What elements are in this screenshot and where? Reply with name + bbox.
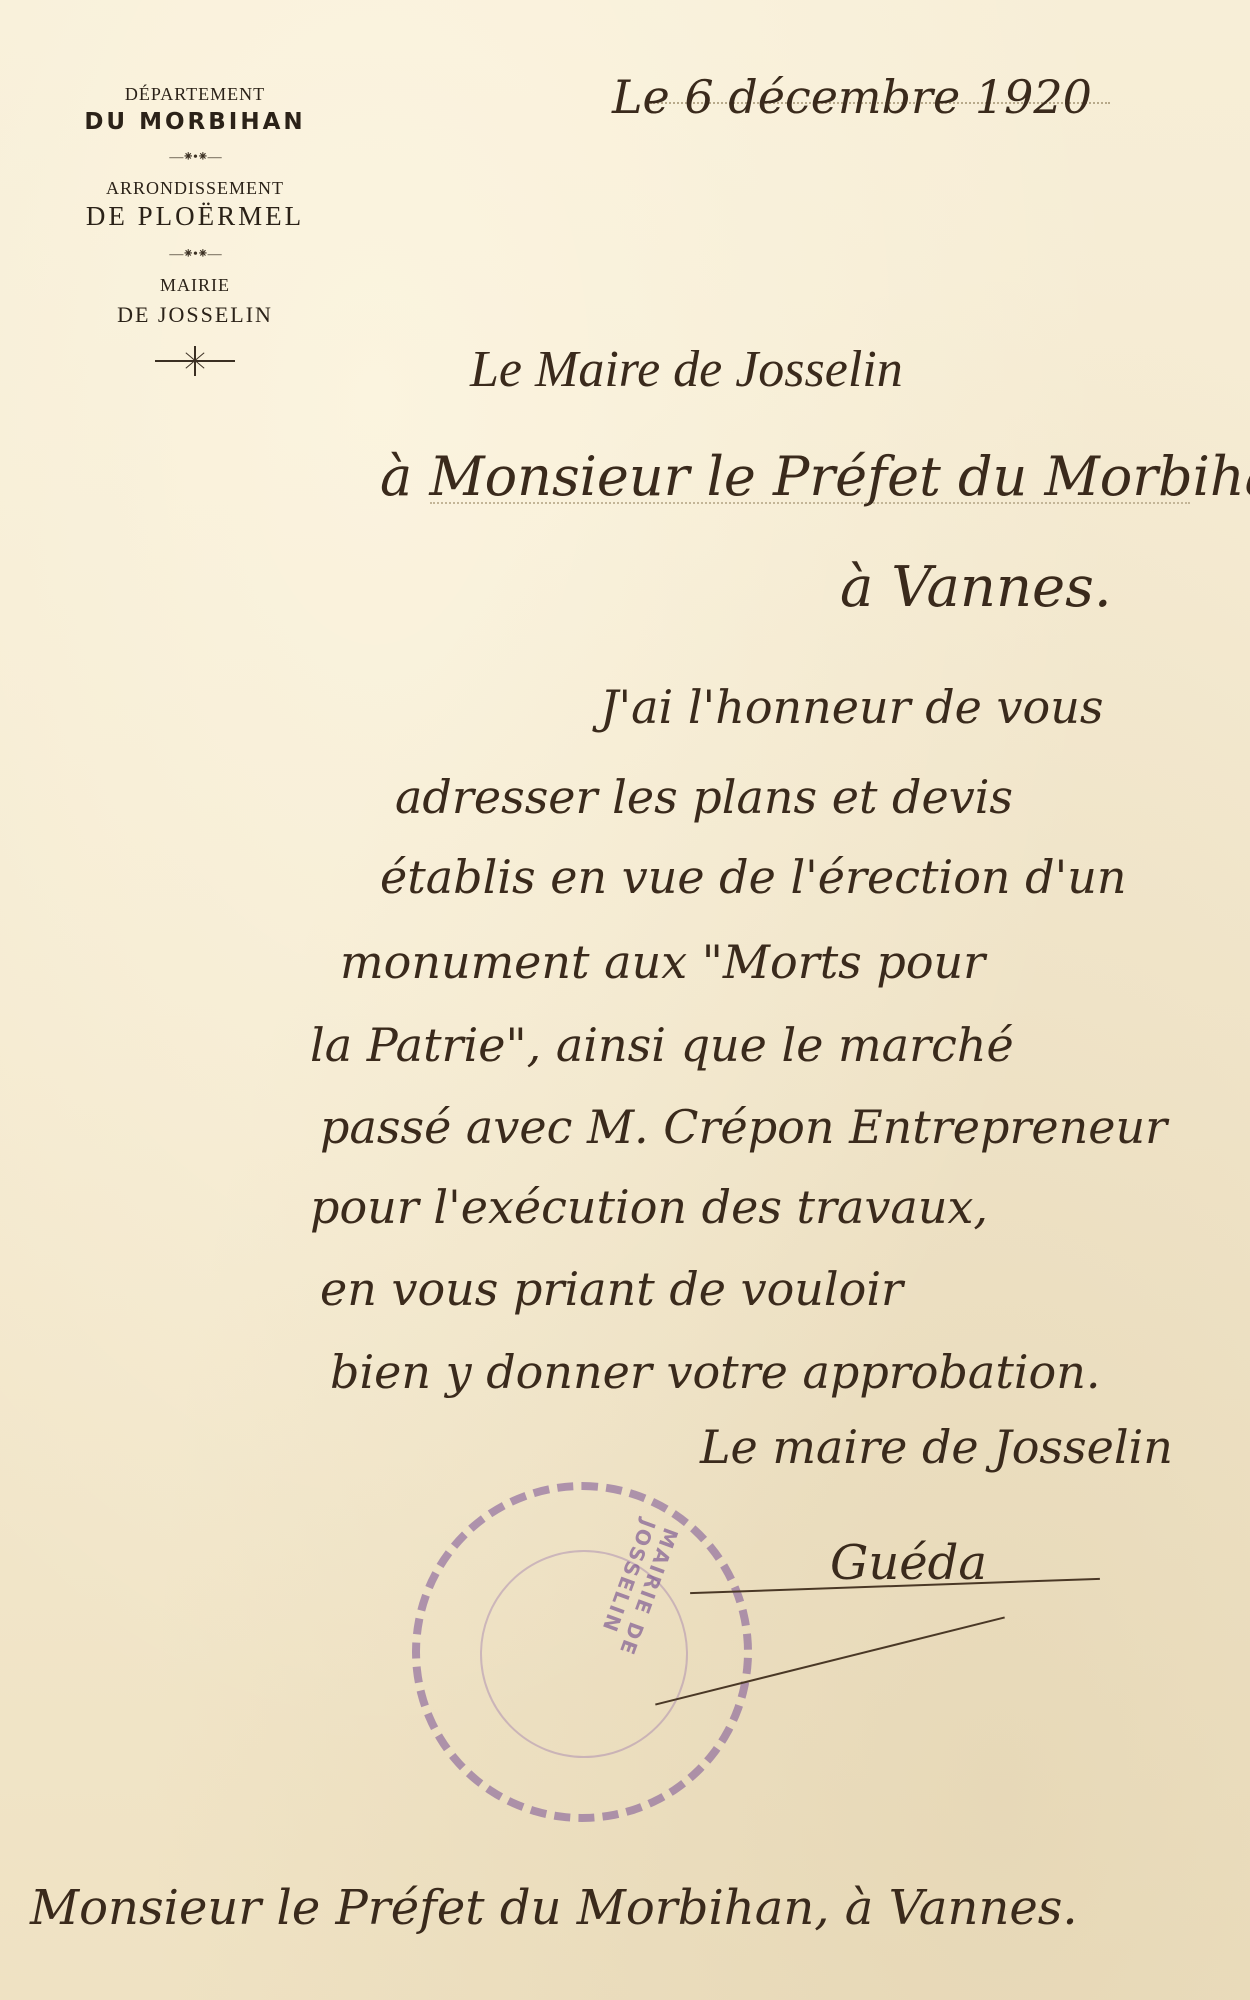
star-ornament-icon: [155, 346, 235, 376]
body-line: J'ai l'honneur de vous: [600, 680, 1103, 734]
letterhead-arrondissement-name: DE PLOËRMEL: [30, 201, 360, 232]
letterhead: DÉPARTEMENT DU MORBIHAN —⁕•⁕— ARRONDISSE…: [30, 80, 360, 376]
body-line: passé avec M. Crépon Entrepreneur: [320, 1100, 1167, 1154]
body-line: bien y donner votre approbation.: [330, 1345, 1100, 1399]
signature: Guéda: [830, 1535, 987, 1591]
ornament-divider-icon: —⁕•⁕—: [30, 246, 360, 263]
closing-line: Le maire de Josselin: [700, 1420, 1173, 1474]
recipient-line: à Monsieur le Préfet du Morbihan: [380, 445, 1250, 508]
body-line: monument aux "Morts pour: [340, 935, 985, 989]
recipient-place: à Vannes.: [840, 555, 1112, 620]
official-stamp: MAIRIE DE JOSSELIN: [412, 1482, 752, 1822]
body-line: pour l'exécution des travaux,: [310, 1180, 988, 1234]
letterhead-mairie-label: MAIRIE: [30, 275, 360, 296]
ornament-divider-icon: —⁕•⁕—: [30, 149, 360, 166]
letterhead-mairie-name: DE JOSSELIN: [30, 302, 360, 328]
body-line: la Patrie", ainsi que le marché: [310, 1018, 1014, 1072]
footer-address: Monsieur le Préfet du Morbihan, à Vannes…: [30, 1880, 1078, 1936]
letterhead-department-name: DU MORBIHAN: [30, 109, 360, 135]
body-line: établis en vue de l'érection d'un: [380, 850, 1127, 904]
letterhead-arrondissement-label: ARRONDISSEMENT: [30, 178, 360, 199]
sender-line: Le Maire de Josselin: [470, 340, 903, 399]
body-line: adresser les plans et devis: [395, 770, 1013, 824]
letterhead-department-label: DÉPARTEMENT: [30, 84, 360, 105]
body-line: en vous priant de vouloir: [320, 1262, 903, 1316]
letter-date: Le 6 décembre 1920: [612, 70, 1092, 124]
